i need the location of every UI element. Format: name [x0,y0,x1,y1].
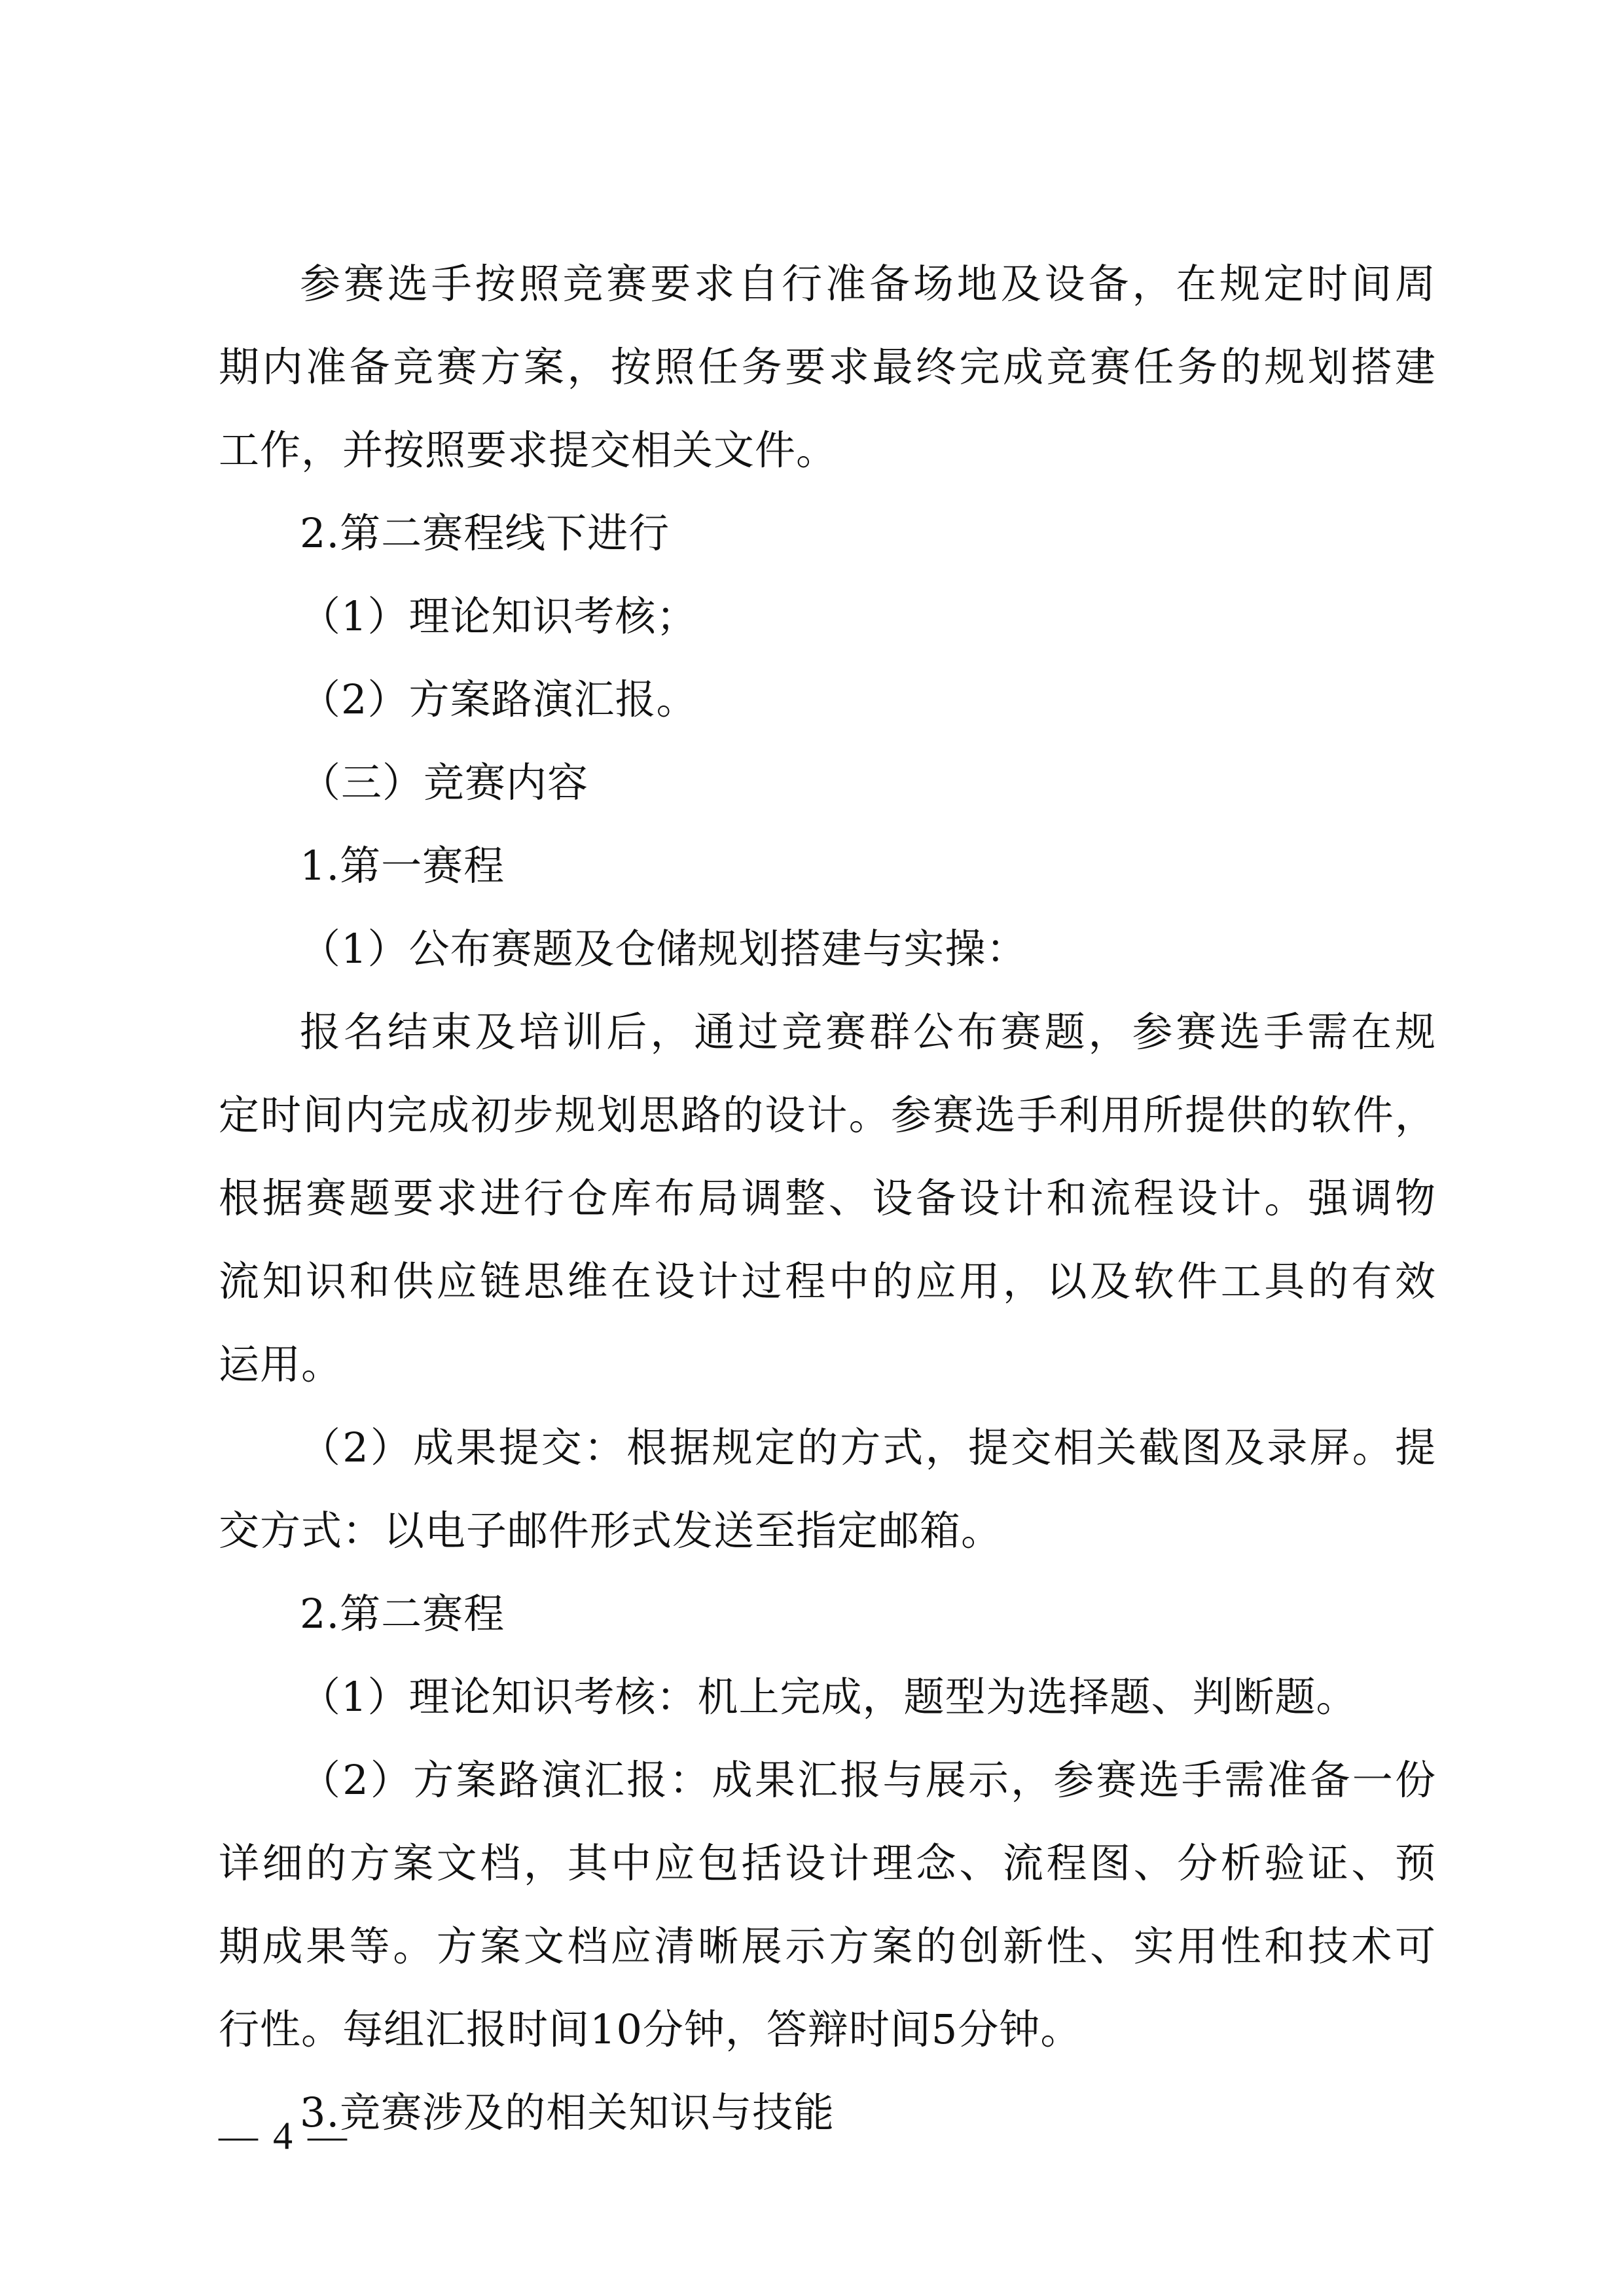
section-heading: （三）竞赛内容 [219,741,1436,824]
list-item: （1）公布赛题及仓储规划搭建与实操： [219,907,1436,990]
list-item: （1）理论知识考核：机上完成，题型为选择题、判断题。 [219,1655,1436,1738]
list-item: （2）方案路演汇报：成果汇报与展示，参赛选手需准备一份 [219,1738,1436,1821]
paragraph-line: 流知识和供应链思维在设计过程中的应用，以及软件工具的有效 [219,1240,1436,1323]
paragraph-line: 期成果等。方案文档应清晰展示方案的创新性、实用性和技术可 [219,1905,1436,1988]
paragraph-line: 参赛选手按照竞赛要求自行准备场地及设备，在规定时间周 [219,242,1436,325]
section-heading: 2.第二赛程线下进行 [219,492,1436,575]
list-item: （2）方案路演汇报。 [219,658,1436,741]
paragraph-line: 交方式：以电子邮件形式发送至指定邮箱。 [219,1489,1436,1572]
paragraph-line: 报名结束及培训后，通过竞赛群公布赛题，参赛选手需在规 [219,990,1436,1073]
paragraph-line: 定时间内完成初步规划思路的设计。参赛选手利用所提供的软件， [219,1073,1436,1157]
section-heading: 1.第一赛程 [219,824,1436,907]
paragraph-line: 根据赛题要求进行仓库布局调整、设备设计和流程设计。强调物 [219,1157,1436,1240]
paragraph-line: 期内准备竞赛方案，按照任务要求最终完成竞赛任务的规划搭建 [219,325,1436,408]
paragraph-line: 行性。每组汇报时间10分钟，答辩时间5分钟。 [219,1988,1436,2071]
list-item: （1）理论知识考核； [219,575,1436,658]
section-heading: 2.第二赛程 [219,1572,1436,1655]
page-number: — 4 — [219,2113,350,2159]
paragraph-line: 运用。 [219,1323,1436,1406]
document-body: 参赛选手按照竞赛要求自行准备场地及设备，在规定时间周 期内准备竞赛方案，按照任务… [219,242,1436,2154]
paragraph-line: 工作，并按照要求提交相关文件。 [219,408,1436,492]
section-heading: 3.竞赛涉及的相关知识与技能 [219,2071,1436,2154]
list-item: （2）成果提交：根据规定的方式，提交相关截图及录屏。提 [219,1406,1436,1489]
paragraph-line: 详细的方案文档，其中应包括设计理念、流程图、分析验证、预 [219,1821,1436,1905]
